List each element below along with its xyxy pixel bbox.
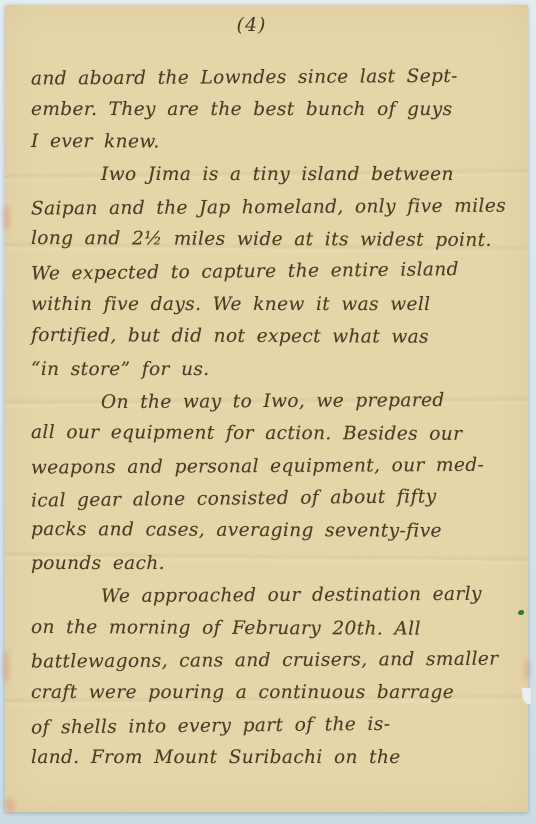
letter-line: land. From Mount Suribachi on the xyxy=(31,742,516,774)
letter-line: We approached our destination early xyxy=(31,579,516,614)
letter-line: on the morning of February 20th. All xyxy=(31,612,516,647)
letter-line: ical gear alone consisted of about fifty xyxy=(31,481,516,518)
letter-line: packs and cases, averaging seventy-five xyxy=(31,514,516,549)
edge-smudge xyxy=(3,205,10,231)
letter-line: pounds each. xyxy=(31,548,516,580)
green-ink-dot xyxy=(518,610,524,615)
letter-line: ember. They are the best bunch of guys xyxy=(31,94,516,126)
page-number: (4) xyxy=(5,14,498,36)
letter-line: all our equipment for action. Besides ou… xyxy=(31,417,516,452)
letter-line: I ever knew. xyxy=(31,126,516,161)
letter-line: Saipan and the Jap homeland, only five m… xyxy=(31,190,516,225)
letter-line: of shells into every part of the is- xyxy=(31,707,516,744)
letter-line: weapons and personal equipment, our med- xyxy=(31,449,516,484)
letter-line: long and 2½ miles wide at its widest poi… xyxy=(31,223,516,258)
letter-line: On the way to Iwo, we prepared xyxy=(31,384,516,419)
letter-line: We expected to capture the entire island xyxy=(31,254,516,291)
letter-line: battlewagons, cans and cruisers, and sma… xyxy=(31,644,516,679)
letter-line: and aboard the Lowndes since last Sept- xyxy=(31,61,516,96)
letter-line: “in store” for us. xyxy=(31,354,516,386)
letter-body: and aboard the Lowndes since last Sept-e… xyxy=(31,62,516,775)
letter-line: craft were pouring a continuous barrage xyxy=(31,677,516,709)
letter-line: fortified, but did not expect what was xyxy=(31,320,516,355)
torn-edge-nick xyxy=(522,688,531,704)
edge-smudge xyxy=(5,798,15,812)
letter-line: within five days. We knew it was well xyxy=(31,289,516,321)
letter-page: (4) and aboard the Lowndes since last Se… xyxy=(5,5,528,812)
letter-line: Iwo Jima is a tiny island between xyxy=(31,159,516,191)
